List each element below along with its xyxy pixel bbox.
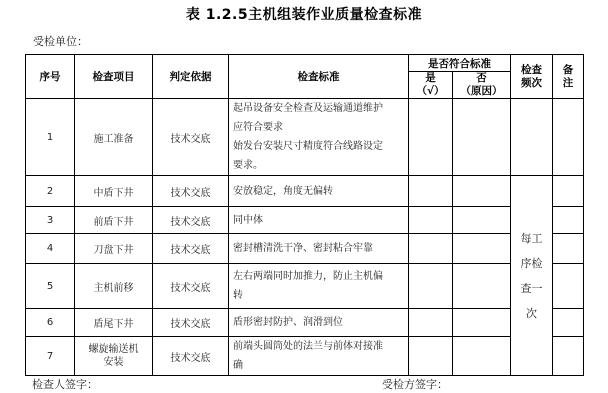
no-reason-cell[interactable] bbox=[453, 264, 511, 309]
row-item: 主机前移 bbox=[75, 264, 153, 309]
yes-cell[interactable] bbox=[409, 99, 453, 176]
no-reason-cell[interactable] bbox=[453, 207, 511, 234]
row-standard: 前端头圆筒处的法兰与前体对接准 确 bbox=[229, 337, 409, 376]
row-item: 刀盘下井 bbox=[75, 234, 153, 264]
row-standard: 左右两端同时加推力，防止主机偏 转 bbox=[229, 264, 409, 309]
row-standard: 密封槽清洗干净、密封粘合牢靠 bbox=[229, 234, 409, 264]
inspector-signature-label: 检查人签字： bbox=[32, 376, 98, 392]
table-row: 6 盾尾下井 技术交底 盾形密封防护、润滑到位 bbox=[26, 309, 584, 337]
row-no: 3 bbox=[26, 207, 75, 234]
table-row: 7 螺旋输送机 安装 技术交底 前端头圆筒处的法兰与前体对接准 确 bbox=[26, 337, 584, 376]
remark-cell[interactable] bbox=[553, 207, 584, 234]
row-no: 4 bbox=[26, 234, 75, 264]
row-standard: 起吊设备安全检查及运输通道维护 应符合要求 始发台安装尺寸精度符合线路设定 要求… bbox=[229, 99, 409, 176]
no-reason-cell[interactable] bbox=[453, 337, 511, 376]
row-basis: 技术交底 bbox=[153, 207, 229, 234]
no-reason-cell[interactable] bbox=[453, 99, 511, 176]
table-row: 2 中盾下井 技术交底 安放稳定，角度无偏转 每工 序检 查一 次 bbox=[26, 176, 584, 207]
remark-cell[interactable] bbox=[553, 176, 584, 207]
row-item: 施工准备 bbox=[75, 99, 153, 176]
table-row: 4 刀盘下井 技术交底 密封槽清洗干净、密封粘合牢靠 bbox=[26, 234, 584, 264]
yes-cell[interactable] bbox=[409, 337, 453, 376]
row-no: 1 bbox=[26, 99, 75, 176]
row-item: 中盾下井 bbox=[75, 176, 153, 207]
row-basis: 技术交底 bbox=[153, 176, 229, 207]
header-remark: 备 注 bbox=[553, 55, 584, 99]
row-item: 螺旋输送机 安装 bbox=[75, 337, 153, 376]
row-no: 6 bbox=[26, 309, 75, 337]
header-no: 序号 bbox=[26, 55, 75, 99]
yes-cell[interactable] bbox=[409, 176, 453, 207]
row-item: 盾尾下井 bbox=[75, 309, 153, 337]
row-basis: 技术交底 bbox=[153, 309, 229, 337]
document-title: 表 1.2.5主机组装作业质量检查标准 bbox=[0, 4, 608, 24]
remark-cell[interactable] bbox=[553, 337, 584, 376]
header-standard: 检查标准 bbox=[229, 55, 409, 99]
row-basis: 技术交底 bbox=[153, 99, 229, 176]
yes-cell[interactable] bbox=[409, 234, 453, 264]
yes-cell[interactable] bbox=[409, 207, 453, 234]
header-no-reason: 否 （原因） bbox=[453, 72, 511, 99]
row-standard: 盾形密封防护、润滑到位 bbox=[229, 309, 409, 337]
quality-check-table: 序号 检查项目 判定依据 检查标准 是否符合标准 检查 频次 备 注 是 （√）… bbox=[25, 54, 584, 376]
remark-cell[interactable] bbox=[553, 234, 584, 264]
row-standard: 安放稳定，角度无偏转 bbox=[229, 176, 409, 207]
remark-cell[interactable] bbox=[553, 99, 584, 176]
row-no: 2 bbox=[26, 176, 75, 207]
row-standard: 同中体 bbox=[229, 207, 409, 234]
remark-cell[interactable] bbox=[553, 264, 584, 309]
no-reason-cell[interactable] bbox=[453, 234, 511, 264]
yes-cell[interactable] bbox=[409, 309, 453, 337]
row-basis: 技术交底 bbox=[153, 234, 229, 264]
header-conform: 是否符合标准 bbox=[409, 55, 511, 72]
row-basis: 技术交底 bbox=[153, 264, 229, 309]
row-no: 7 bbox=[26, 337, 75, 376]
table-row: 1 施工准备 技术交底 起吊设备安全检查及运输通道维护 应符合要求 始发台安装尺… bbox=[26, 99, 584, 176]
table-row: 5 主机前移 技术交底 左右两端同时加推力，防止主机偏 转 bbox=[26, 264, 584, 309]
row-basis: 技术交底 bbox=[153, 337, 229, 376]
table-row: 3 前盾下井 技术交底 同中体 bbox=[26, 207, 584, 234]
frequency-cell-top bbox=[511, 99, 553, 176]
no-reason-cell[interactable] bbox=[453, 309, 511, 337]
yes-cell[interactable] bbox=[409, 264, 453, 309]
row-item: 前盾下井 bbox=[75, 207, 153, 234]
no-reason-cell[interactable] bbox=[453, 176, 511, 207]
header-basis: 判定依据 bbox=[153, 55, 229, 99]
inspected-party-signature-label: 受检方签字： bbox=[382, 376, 448, 392]
header-yes: 是 （√） bbox=[409, 72, 453, 99]
inspected-unit-label: 受检单位： bbox=[33, 33, 88, 49]
frequency-cell: 每工 序检 查一 次 bbox=[511, 176, 553, 376]
header-item: 检查项目 bbox=[75, 55, 153, 99]
remark-cell[interactable] bbox=[553, 309, 584, 337]
row-no: 5 bbox=[26, 264, 75, 309]
header-frequency: 检查 频次 bbox=[511, 55, 553, 99]
